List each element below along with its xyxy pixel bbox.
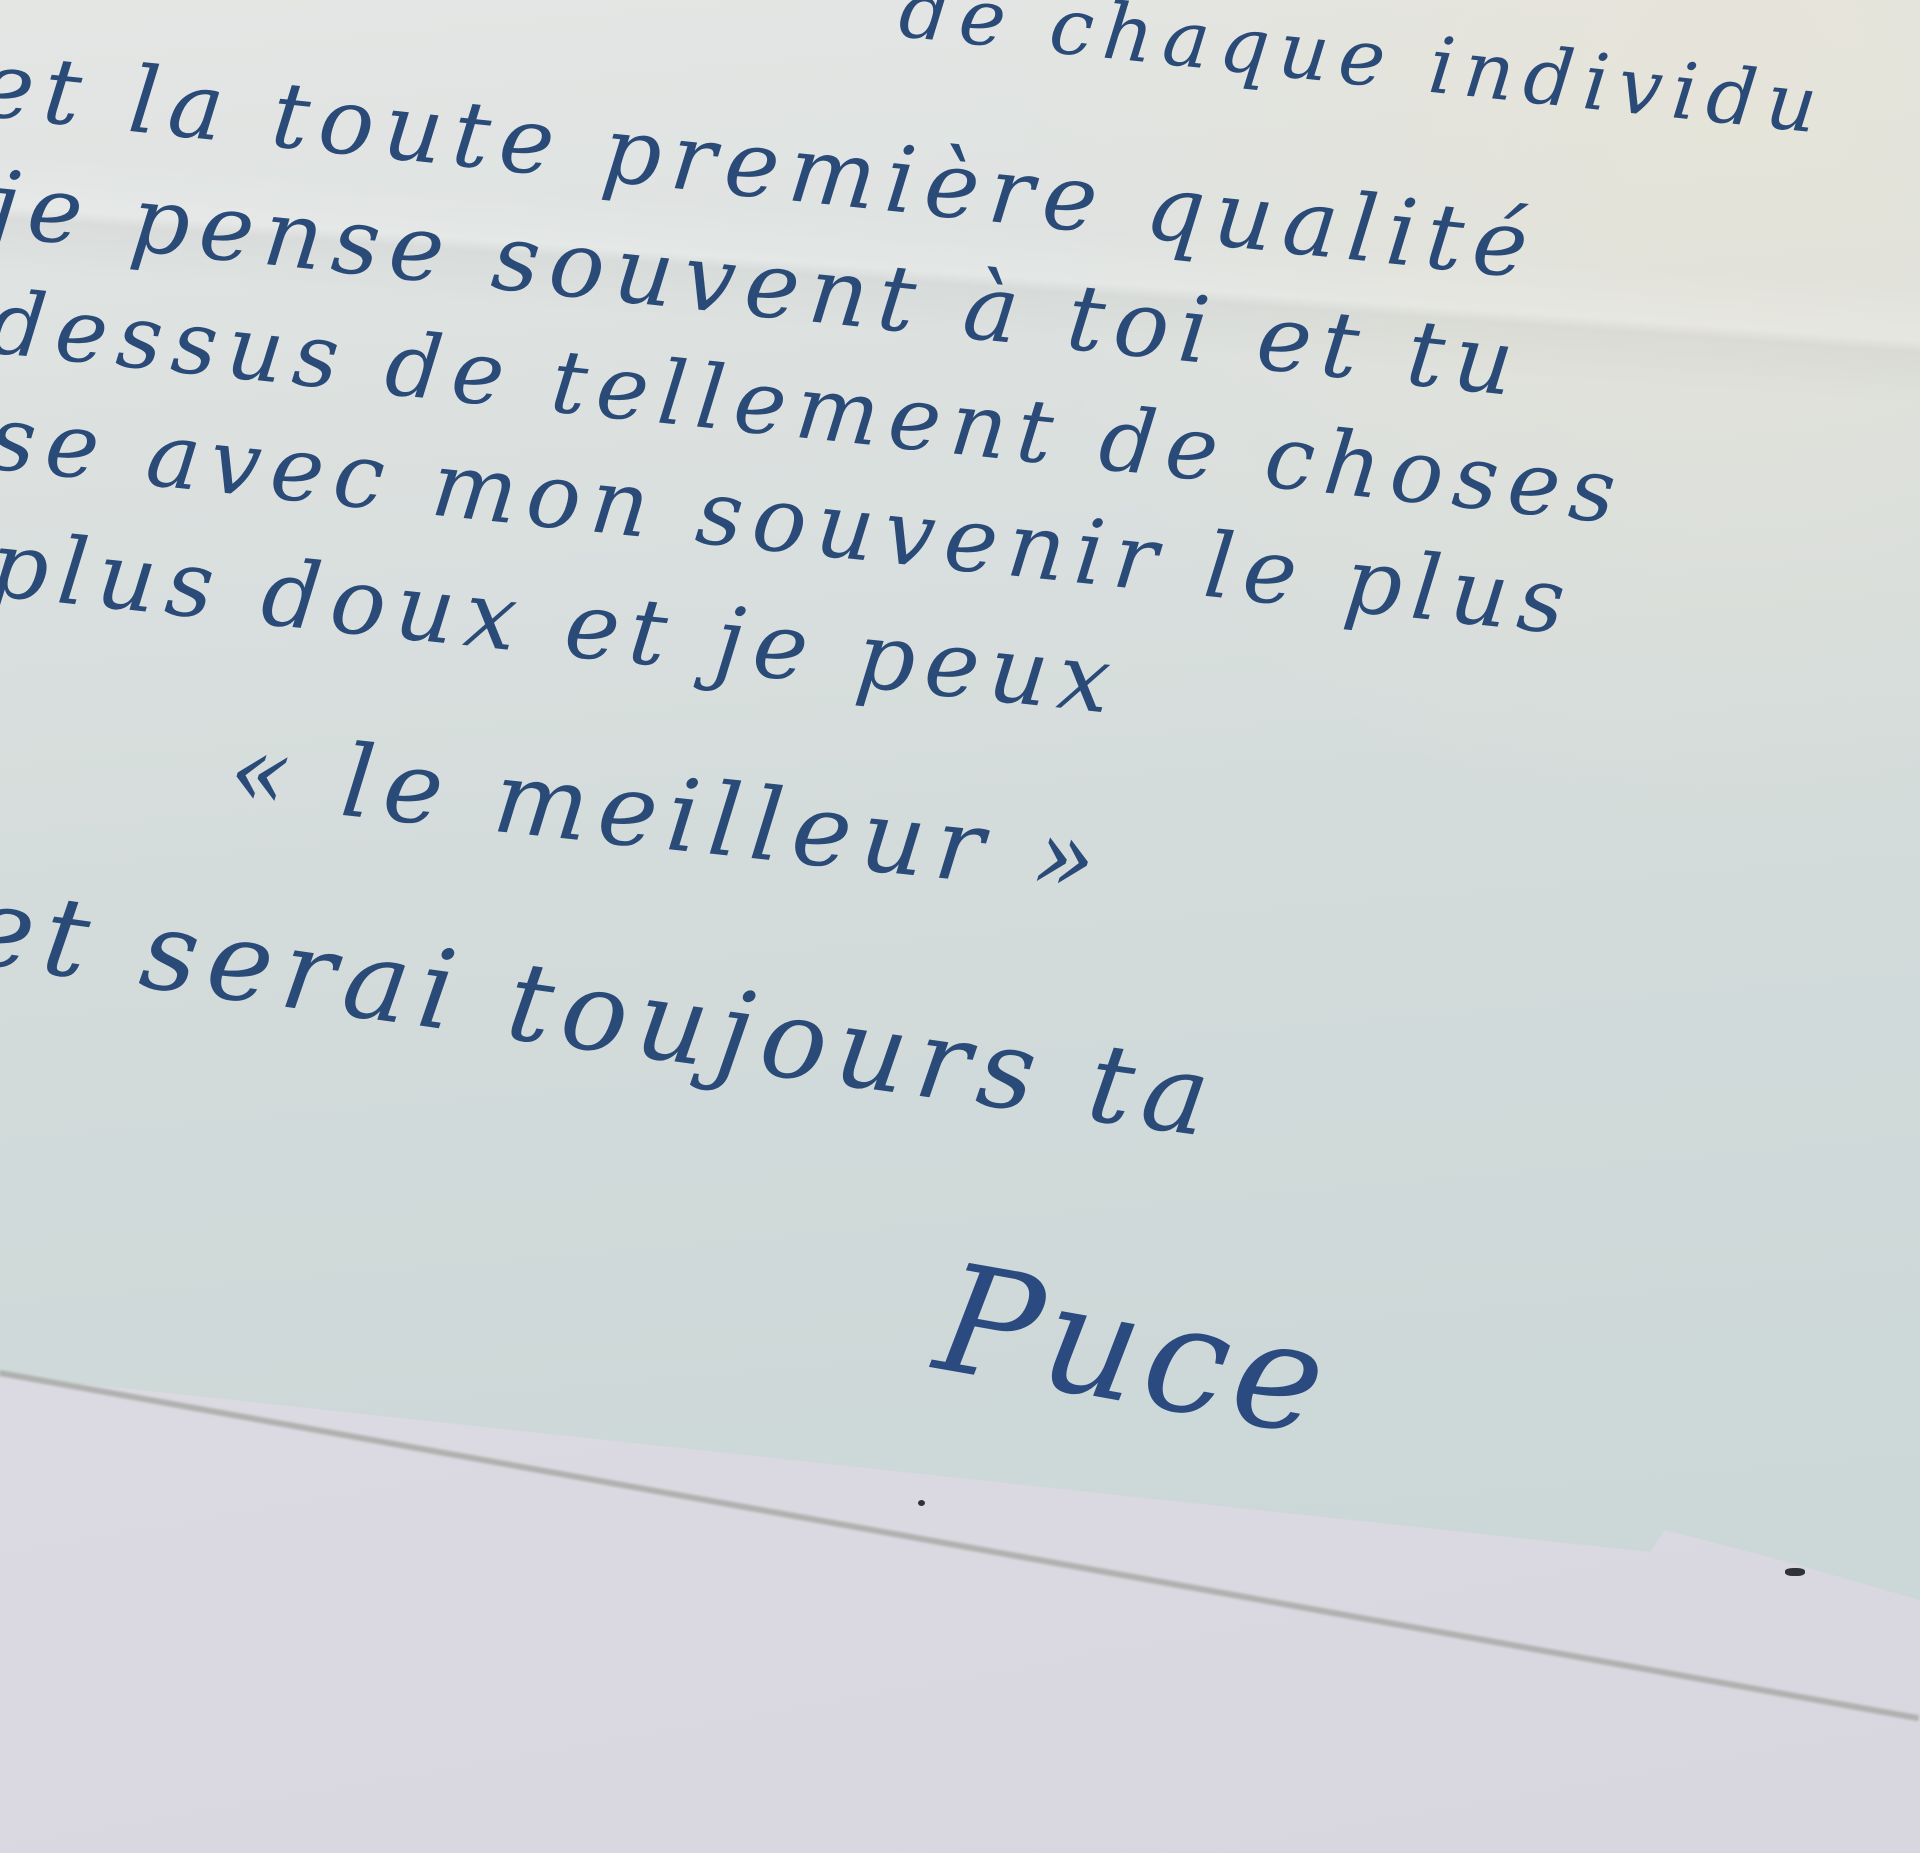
ink-speck bbox=[918, 1500, 925, 1506]
paper-edge-speck bbox=[1785, 1568, 1805, 1576]
letter-line-1: de chaque individu bbox=[895, 0, 1831, 152]
handwritten-letter: de chaque individu et la toute première … bbox=[0, 0, 1920, 1400]
letter-line-quote: « le meilleur » bbox=[224, 710, 1112, 918]
